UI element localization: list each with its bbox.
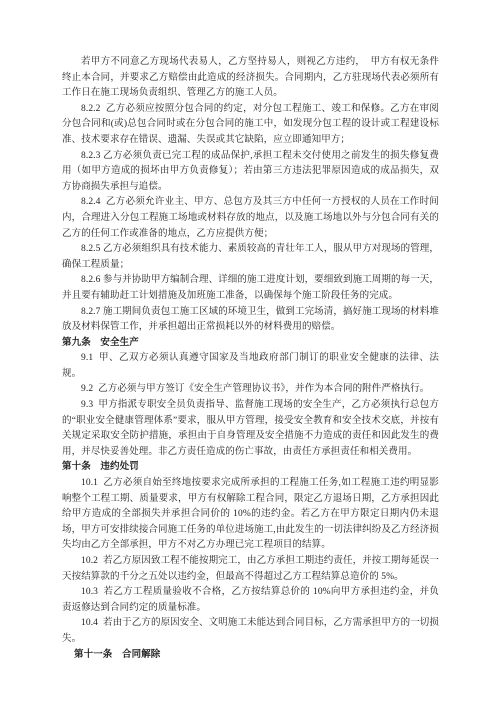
contract-paragraph: 8.2.2 乙方必须应按照分包合同的约定，对分包工程施工、竣工和保修。乙方在审阅… xyxy=(62,102,439,149)
contract-paragraph: 10.3 若乙方工程质量验收不合格，乙方按结算总价的 10%向甲方承担违约金，并… xyxy=(62,585,439,616)
contract-paragraph: 8.2.3 乙方必须负责已完工程的成品保护,承担工程未交付使用之前发生的损失修复… xyxy=(62,149,439,196)
contract-paragraph: 8.2.7 施工期间负责包工施工区域的环境卫生，做到工完场清，搞好施工现场的材料… xyxy=(62,305,439,336)
contract-paragraph: 10.1 乙方必须自始至终地按要求完成所承担的工程施工任务,如工程施工违约明显影… xyxy=(62,476,439,554)
contract-paragraph: 10.4 若由于乙方的原因安全、文明施工未能达到合同目标，乙方需承担甲方的一切损… xyxy=(62,616,439,647)
document-page: 若甲方不同意乙方现场代表易人，乙方坚持易人，则视乙方违约， 甲方有权无条件终止本… xyxy=(0,0,500,707)
contract-paragraph: 8.2.5 乙方必须组织具有技术能力、素质较高的青壮年工人，服从甲方对现场的管理… xyxy=(62,242,439,273)
section-heading: 第十一条 合同解除 xyxy=(62,648,439,664)
contract-paragraph: 10.2 若乙方原因致工程不能按期完工，由乙方承担工期违约责任，并按工期每延误一… xyxy=(62,554,439,585)
contract-paragraph: 8.2.6 参与并协助甲方编制合理、详细的施工进度计划，要细致到施工周期的每一天… xyxy=(62,273,439,304)
section-heading: 第十条 违约处罚 xyxy=(62,460,439,476)
section-heading: 第九条 安全生产 xyxy=(62,336,439,352)
document-body: 若甲方不同意乙方现场代表易人，乙方坚持易人，则视乙方违约， 甲方有权无条件终止本… xyxy=(62,55,439,663)
contract-paragraph: 9.1 甲、乙双方必须认真遵守国家及当地政府部门制订的职业安全健康的法律、法规。 xyxy=(62,351,439,382)
contract-paragraph: 8.2.4 乙方必须允许业主、甲方、总包方及其三方中任何一方授权的人员在工作时间… xyxy=(62,195,439,242)
contract-paragraph: 9.2 乙方必须与甲方签订《安全生产管理协议书》，并作为本合同的附件严格执行。 xyxy=(62,382,439,398)
contract-paragraph: 9.3 甲方指派专职安全员负责指导、监督施工现场的安全生产，乙方必须执行总包方的… xyxy=(62,398,439,460)
contract-paragraph: 若甲方不同意乙方现场代表易人，乙方坚持易人，则视乙方违约， 甲方有权无条件终止本… xyxy=(62,55,439,102)
